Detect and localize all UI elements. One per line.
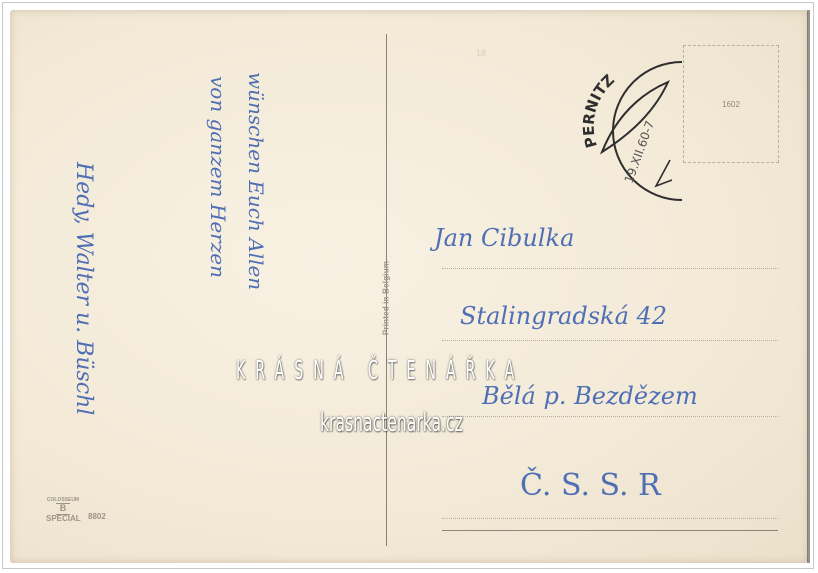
watermark-url: krasnactenarka.cz <box>320 408 463 438</box>
publisher-logo: COLOSSEUM B SPECIAL 8802 <box>46 498 80 523</box>
card-number: 8802 <box>88 512 106 521</box>
message-line-2: von ganzem Herzen <box>206 76 230 278</box>
printed-in-label: Printed in Belgium <box>382 261 391 335</box>
postcard: wünschen Euch Allen von ganzem Herzen He… <box>10 10 808 563</box>
publisher-line: SPECIAL <box>46 515 80 523</box>
address-rule-3 <box>442 416 778 417</box>
message-signature: Hedy, Walter u. Büschl <box>71 162 96 415</box>
stamp-box: 1602 <box>683 45 779 163</box>
address-rule-2 <box>442 340 778 341</box>
address-line-4: Č. S. S. R <box>520 468 661 503</box>
address-line-2: Stalingradská 42 <box>460 302 667 330</box>
address-rule-4 <box>442 518 778 519</box>
svg-text:19.XII.60-7: 19.XII.60-7 <box>622 119 658 185</box>
stamp-box-number: 1602 <box>684 100 778 109</box>
message-line-1: wünschen Euch Allen <box>244 72 268 290</box>
address-rule-1 <box>442 268 778 269</box>
publisher-b-mark: B <box>56 503 71 514</box>
watermark-title: KRÁSNÁ ČTENÁŘKA <box>236 356 524 386</box>
address-line-3: Bělá p. Bezdězem <box>482 382 698 410</box>
faint-mark: 18 <box>476 48 486 58</box>
address-line-1: Jan Cibulka <box>434 224 574 252</box>
address-rule-solid <box>442 530 778 531</box>
